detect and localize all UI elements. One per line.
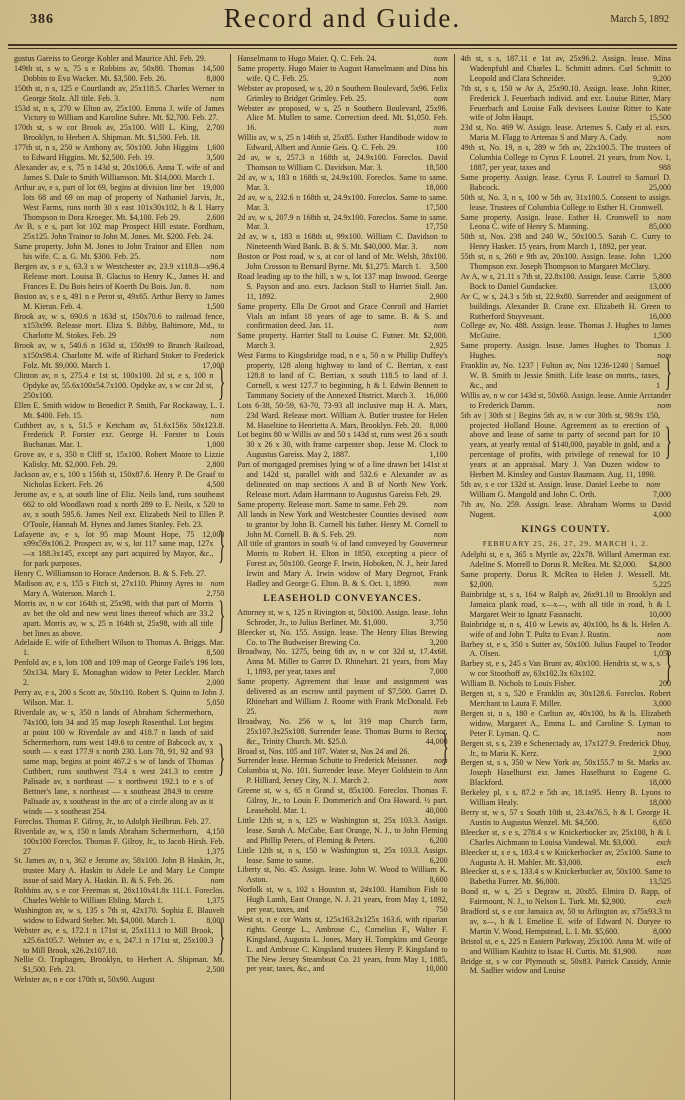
journal-page: 386 Record and Guide. March 5, 1892 gust… [0,0,685,1100]
record-entry: 2d av, w s, 257.3 n 168th st, 24.9x100. … [237,153,447,173]
entry-price: nom [203,94,225,104]
entry-price: nom [649,213,671,223]
entry-price: nom [426,707,448,717]
paper-title: Record and Guide. [0,0,685,34]
group-brace: } [665,650,672,689]
record-entry: Greene st, w s, 65 n Grand st, 85x100. F… [237,786,447,816]
record-entry: Bergen st, s s, 520 e Franklin av, 30x12… [461,689,671,709]
entry-price: 8,600 [422,875,448,885]
record-entry: 149th st, s w s, 75 s e Robbins av, 50x8… [14,64,224,84]
entry-price: 18,000 [641,798,671,808]
record-entry: Lots 6-38, 50-59, 63-70, 73-93 all inclu… [237,401,447,431]
record-entry: 50th st, Nos. 238 and 240 W., 50x100.5. … [461,232,671,252]
entry-price: nom [649,947,671,957]
record-entry: Nellie O. Traphagen, Brooklyn, to Herber… [14,955,224,975]
group-brace: } [218,743,225,782]
entry-price: nom [649,729,671,739]
entry-price: 1,200 [645,252,671,262]
record-entry: Surrender lease. Herman Schutte to Frede… [237,756,447,766]
entry-price: nom [426,530,448,540]
group-brace: } [218,530,225,569]
entry-price: 6,200 [422,856,448,866]
record-entry: Arthur av, e s, part of lot 69, begins a… [14,183,224,223]
entry-price: 17,750 [418,222,448,232]
record-entry: 4th st, s s, 187.11 e 1st av, 25x96.2. A… [461,54,671,84]
entry-price: 4,000 [645,510,671,520]
entry-price: 1,500 [198,302,224,312]
entry-price: 10,000 [418,964,448,974]
entry-price: 18,000 [641,778,671,788]
entry-price: 13,525 [641,877,671,887]
entry-price: nom [649,401,671,411]
record-entry: 2d av, w s, 183 n 168th st, 24.9x100. Fo… [237,173,447,193]
record-entry: Same property. John M. Jones to John Tra… [14,242,224,262]
record-entry: Penfold av, e s, lots 108 and 109 map of… [14,658,224,688]
entry-price: nom [426,94,448,104]
record-entry: Same property. Assign. lease. Cyrus F. L… [461,173,671,193]
record-entry: Bainbridge st, n s, 410 w Lewis av, 40x1… [461,620,671,640]
record-entry: Same property. Harriet Stall to Louise C… [237,331,447,351]
entry-price: 19,000 [194,183,224,193]
entry-price: 1,000 [198,440,224,450]
record-entry: 7th st, s s, 150 w Av A, 25x90.10. Assig… [461,84,671,124]
record-entry: 7th av, No. 259. Assign. lease. Abraham … [461,500,671,520]
record-entry: Liberty st, No. 45. Assign. lease. John … [237,865,447,885]
entry-price: nom [203,252,225,262]
record-entry: 5th av | 30th st | Begins 5th av, n w co… [461,411,671,480]
record-entry: Webster av proposed, w s, 20 n Southern … [237,84,447,104]
record-entry: Bleecker st, s e s, 278.4 s w Knickerboc… [461,828,671,848]
entry-price: 10,000 [641,610,671,620]
record-entry: Alexander av, e s, 75 n 143d st, 20x106.… [14,163,224,183]
group-brace: } [665,426,672,465]
record-entry: Barbey st, e s, 245 s Van Brunt av, 40x1… [461,659,671,679]
record-entry: Webster av, n e cor 170th st, 50x90. Aug… [14,975,224,985]
record-entry: Bridge st, s w cor Plymouth st, 50x83. P… [461,957,671,977]
record-entry: Bergen st, s s, 239 e Schenectady av, 17… [461,739,671,759]
record-entry: Grove av, e s, 350 n Cliff st, 15x100. R… [14,450,224,470]
record-entry: College av, No. 488. Assign. lease. Thom… [461,321,671,341]
record-entry: 177th st, n s, 250 w Anthony av, 50x100.… [14,143,224,163]
entry-price: 988 [651,163,671,173]
entry-price: 2,925 [422,341,448,351]
record-entry: St. James av, n s, 362 e Jerome av, 58x1… [14,856,224,886]
record-entry: Foreclos. Thomas F. Gilroy, Jr., to Adol… [14,817,224,827]
entry-price: nom [426,321,448,331]
entry-price: 2,000 [198,678,224,688]
entry-price: 16,000 [418,391,448,401]
entry-price: 3,200 [422,638,448,648]
record-entry: Part of mortgaged premises lying w of a … [237,460,447,500]
entry-price: 4,150 [198,827,224,837]
entry-price: 2,600 [198,213,224,223]
entry-price: 17,500 [418,203,448,213]
record-entry: Lafayette av, e s, lot 95 map Mount Hope… [14,530,224,570]
record-entry: Perry av, e s, 200 s Scott av, 50x110. R… [14,688,224,708]
entry-price: nom [203,579,225,589]
entry-price: 3,000 [645,699,671,709]
entry-price: 8,000 [198,74,224,84]
entry-price: 6,650 [645,818,671,828]
record-entry: Bleecker st, s e s, 133.4 s w Knickerboc… [461,867,671,887]
entry-price: 1,500 [645,331,671,341]
entry-price: 3,500 [198,153,224,163]
entry-price: nom [426,510,448,520]
entry-price: 8,500 [198,648,224,658]
page-body: gustus Gareiss to George Kohler and Maur… [0,49,685,1100]
record-entry: 23d st, No. 469 W. Assign. lease. Arteme… [461,123,671,143]
entry-price: 5,225 [645,580,671,590]
record-entry: Riverdale av, w s, 350 n lands of Abraha… [14,708,224,817]
record-entry: 170th st, s w cor Brook av, 25x100. Will… [14,123,224,143]
entry-price: 2,900 [422,292,448,302]
entry-price: nom [203,331,225,341]
record-entry: Av B, s e s, part lot 102 map Prospect H… [14,222,224,242]
entry-price: exch [648,858,671,868]
record-entry: Berry st, w s, 57 s South 10th st, 23.4x… [461,808,671,828]
record-entry: 153d st, n s, 270 w Elton av, 25x100. Em… [14,104,224,124]
record-entry: 2d av, w s, 232.6 n 168th st, 24.9x100. … [237,193,447,213]
record-entry: Jackson av, e s, 100 s 156th st, 150x87.… [14,470,224,490]
record-entry: William B. Nichols to Louis Fisber. 200 [461,679,671,689]
entry-price: 2,900 [645,749,671,759]
record-entry: Same property. Dorus R. McRea to Helen J… [461,570,671,590]
entry-price: 8,000 [645,927,671,937]
entry-price: nom [426,123,448,133]
record-entry: Norfolk st, w s, 102 s Houston st, 24x10… [237,885,447,915]
column-center: Hanselmann to Hugo Maier. Q. C. Feb. 24.… [230,54,453,1100]
entry-price: nom [203,876,225,886]
record-entry: Little 12th st, n s, 125 w Washington st… [237,816,447,846]
record-entry: Webster av proposed, w s, 25 n Southern … [237,104,447,134]
record-entry: Madison av, e s, 155 s Fitch st, 27x110.… [14,579,224,599]
entry-price: 1,100 [422,450,448,460]
record-entry: Same property. Ella De Groot and Grace C… [237,302,447,332]
record-entry: All lands in New York and Westchester Co… [237,510,447,540]
entry-price: 15,500 [641,113,671,123]
entry-price: 40,000 [418,806,448,816]
record-entry: All title of grantors in south ¼ of land… [237,539,447,589]
record-entry: Same property. Assign. lease. James Hugh… [461,341,671,361]
record-entry: Barbey st, e s, 350 s Sutter av, 50x100.… [461,640,671,660]
record-entry: Hanselmann to Hugo Maier. Q. C. Feb. 24.… [237,54,447,64]
record-entry: Columbia st, No. 101. Surrender lease. M… [237,766,447,786]
record-entry: 50th st, No. 3, n s, 100 w 5th av, 31x10… [461,193,671,213]
group-brace: } [218,921,225,960]
record-entry: Boston or Post road, w s, at cor of land… [237,252,447,272]
record-entry: Bergen st, s s, 350 w New York av, 50x15… [461,758,671,788]
record-entry: gustus Gareiss to George Kohler and Maur… [14,54,224,64]
group-brace: } [218,366,225,405]
issue-date: March 5, 1892 [610,14,669,25]
record-entry: Webster av, e s, 172.1 n 171st st, 25x11… [14,926,224,956]
entry-price: nom [649,630,671,640]
entry-price: 8,000 [422,421,448,431]
record-entry: Same property. Agreement that lease and … [237,677,447,717]
entry-price: 1 [648,381,660,391]
entry-price: $4,800 [641,560,671,570]
entry-price: 16,000 [641,312,671,322]
entry-price: 2,800 [198,460,224,470]
page-number: 386 [30,12,54,28]
entry-price: exch [648,897,671,907]
entry-price: 4,500 [198,480,224,490]
entry-price: 9,200 [645,74,671,84]
entry-price: 2,700 [198,123,224,133]
record-entry: Attorney st, w s, 125 n Rivington st, 50… [237,608,447,628]
record-entry: Henry C. Williamson to Horace Anderson. … [14,569,224,579]
group-brace: } [218,599,225,638]
record-entry: 49th st, No. 19, n s, 289 w 5th av, 22x1… [461,143,671,173]
group-brace: } [441,732,448,771]
record-entry: Road leading up to the hill, s w s, lot … [237,272,447,302]
entry-price: nom [649,133,671,143]
record-entry: Same property. Assign. lease. Esther H. … [461,213,671,233]
entry-price: 750 [428,905,448,915]
record-entry: Little 12th st, n s, 150 w Washington st… [237,846,447,866]
record-entry: Broad st, Nos. 105 and 107. Water st, No… [237,747,447,757]
record-entry: Bristol st, e s, 225 n Eastern Parkway, … [461,937,671,957]
entry-price: exch [648,838,671,848]
record-entry: Willis av, n w cor 143d st, 50x60. Assig… [461,391,671,411]
section-subheader: FEBRUARY 25, 26, 27, 29, MARCH 1, 2. [461,539,671,549]
record-entry: Brook av, w s, 690.6 n 163d st, 150x70.6… [14,312,224,342]
record-entry: Adelphi st, e s, 365 s Myrtle av, 22x78.… [461,550,671,570]
record-entry: Robbins av, s e cor Freeman st, 26x110x4… [14,886,224,906]
record-entry: Broadway, No. 1275, being 6th av, n w co… [237,647,447,677]
record-entry: Clinton av, n s, 275.4 e 1st st, 100x100… [14,371,224,401]
entry-price: 100 [428,143,448,153]
entry-price: nom [426,242,448,252]
entry-price: 3,750 [422,618,448,628]
entry-price: 18,500 [418,163,448,173]
entry-price: nom [203,242,225,252]
record-entry: Washington av, w s, 135 s 7th st, 42x170… [14,906,224,926]
entry-price: nom [426,579,448,589]
record-entry: 55th st, n s, 260 e 9th av, 20x100. Assi… [461,252,671,272]
entry-price: nom [203,282,225,292]
entry-price: 1,600 [198,143,224,153]
entry-price: 3,500 [422,262,448,272]
entry-price: 2,500 [198,965,224,975]
record-entry: Bond st, w s, 25 s Degraw st, 20x85. Elm… [461,887,671,907]
entry-price: 5,050 [198,698,224,708]
entry-price: 85,000 [641,222,671,232]
entry-price: 14,500 [194,64,224,74]
masthead: 386 Record and Guide. March 5, 1892 [0,0,685,42]
record-entry: Av A, w s, 21.11 s 7th st, 22.8x100. Ass… [461,272,671,292]
entry-price: 1,375 [198,896,224,906]
entry-price: 25,000 [641,183,671,193]
record-entry: Bradford st, s e cor Jamaica av, 50 to A… [461,907,671,937]
record-entry: Bleecker st, s e s, 183.4 s w Knickerboc… [461,848,671,868]
record-entry: Berkeley pl, s s, 87.2 e 5th av, 18.1x95… [461,788,671,808]
entry-price: nom [426,54,448,64]
record-entry: Same property. Hugo Maier to August Hans… [237,64,447,84]
record-entry: Same property. Release mort. Same to sam… [237,500,447,510]
record-entry: Ellen E. Smith widow to Benedict P. Smit… [14,401,224,421]
record-entry: West st, n e cor Watts st, 125x163.2x125… [237,915,447,974]
record-entry: Broadway, No. 256 w s, lot 319 map Churc… [237,717,447,747]
entry-price: nom [638,480,660,490]
record-entry: Cuthbert av, s s, 51.5 e Ketcham av, 51.… [14,421,224,451]
record-entry: 150th st, n s, 125 e Courtlandt av, 25x1… [14,84,224,104]
entry-price: 6,200 [422,836,448,846]
entry-price: 5,800 [645,272,671,282]
group-brace: } [665,356,672,395]
record-entry: Morris av, n w cor 164th st, 25x98, with… [14,599,224,639]
entry-price: 7,000 [645,490,671,500]
record-entry: 2d av, w s, 183 n 168th st, 99x100. Will… [237,232,447,252]
section-header: KINGS COUNTY. [461,526,671,536]
record-entry: Av C, w s, 24.3 s 5th st, 22.9x80. Surre… [461,292,671,322]
record-entry: Adelaide E. wife of Ethelbert Wilson to … [14,638,224,658]
record-entry: Jerome av, e s, at south line of Eliz. N… [14,490,224,530]
entry-price: nom [203,411,225,421]
section-header: LEASEHOLD CONVEYANCES. [237,595,447,605]
entry-price: nom [426,74,448,84]
record-entry: Boston av, s e s, 491 n e Perot st, 49x6… [14,292,224,312]
record-entry: Willis av, w s, 25 n 146th st, 25x85. Es… [237,133,447,153]
record-entry: Bergen av, s e s, 63.3 s w Westchester a… [14,262,224,292]
entry-price: nom [426,776,448,786]
record-entry: 2d av, w s, 207.9 n 168th st, 24.9x100. … [237,213,447,233]
record-entry: Bainbridge st, s s, 164 w Ralph av, 26x9… [461,590,671,620]
entry-price: nom [426,500,448,510]
record-entry: Bleecker st, No. 155. Assign. lease. The… [237,628,447,648]
record-entry: West Farms to Kingsbridge road, n e s, 5… [237,351,447,401]
record-entry: Brook av, w s, 540.6 n 163d st, 150x99 t… [14,341,224,371]
entry-price: 7,000 [422,667,448,677]
column-left: gustus Gareiss to George Kohler and Maur… [8,54,230,1100]
column-right: 4th st, s s, 187.11 e 1st av, 25x96.2. A… [454,54,677,1100]
entry-price: 1,375 [198,847,224,857]
entry-price: 13,000 [641,282,671,292]
record-entry: Riverdale av, w s, 150 n lands Abraham S… [14,827,224,857]
record-entry: Lot begins 80 w Willis av and 50 s 143d … [237,430,447,460]
record-entry: Franklin av, No. 1237 | Fulton av, Nos 1… [461,361,671,391]
entry-price: 18,000 [418,183,448,193]
record-entry: Bergen st, n s, 180 e Carlton av, 40x100… [461,709,671,739]
